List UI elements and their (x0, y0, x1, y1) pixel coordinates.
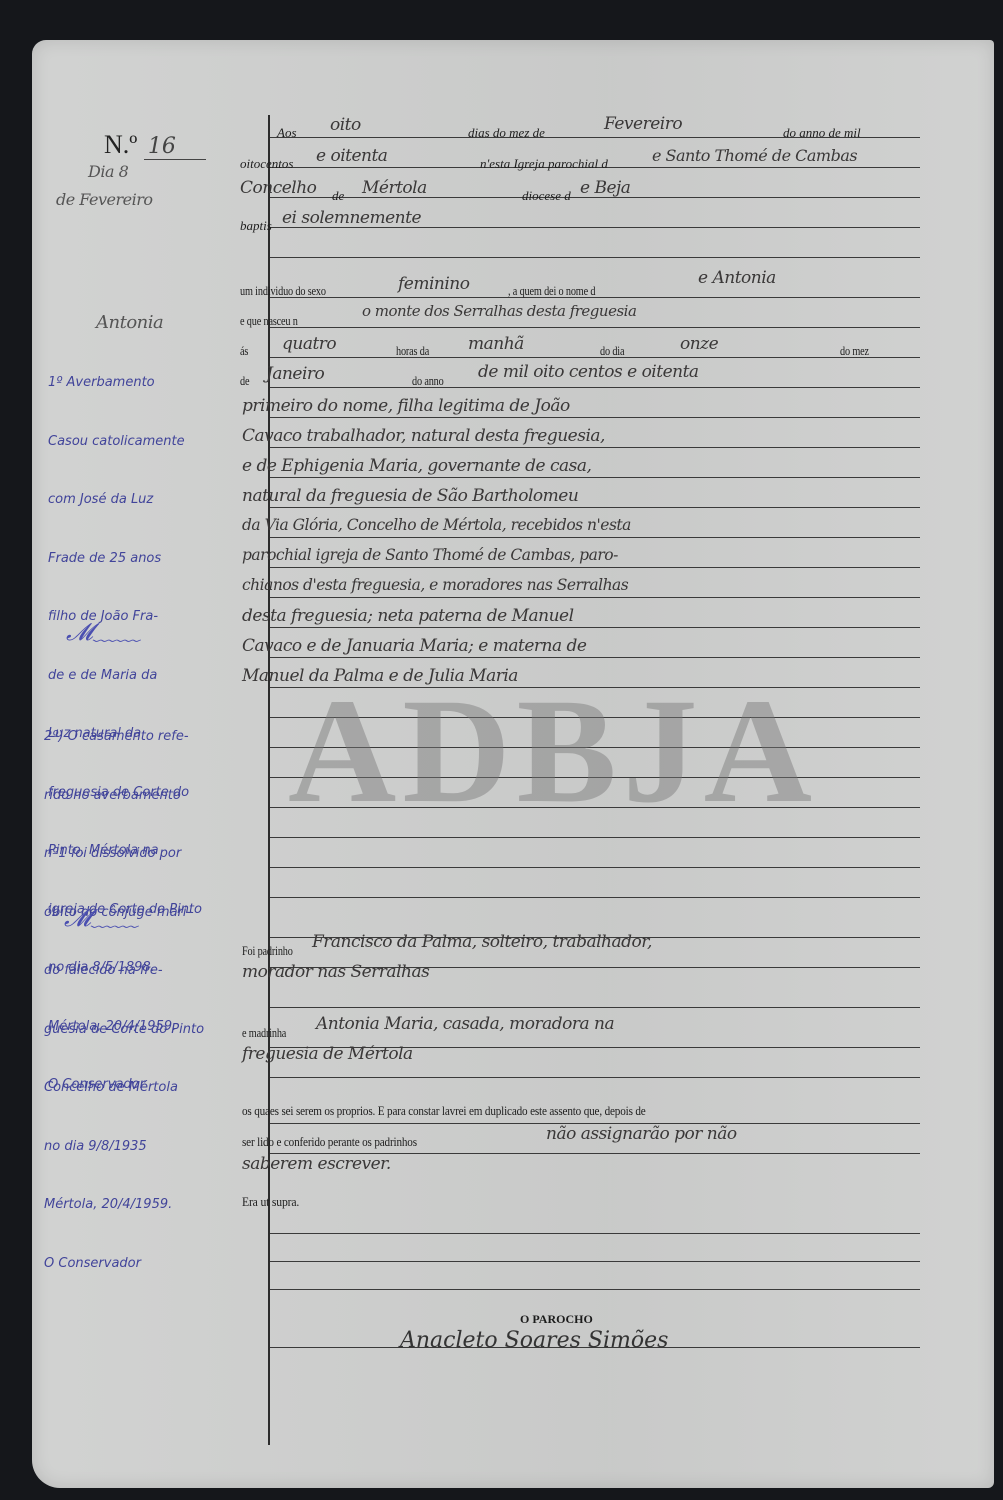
label-foi-padrinho: Foi padrinho (242, 944, 293, 959)
filiacao-line: primeiro do nome, filha legitima de João (242, 396, 570, 416)
label-aos: Aos (277, 125, 297, 141)
rule-line (270, 1261, 920, 1262)
field-ano-nascimento: de mil oito centos e oitenta (478, 362, 699, 382)
field-horas: quatro (282, 334, 336, 354)
rule-line (270, 507, 920, 508)
annotation-line: rido no averbamento (44, 786, 204, 806)
field-assinatura-padrinhos: não assignarão por não (546, 1124, 737, 1144)
entry-number-value: 16 (144, 134, 206, 160)
label-dias-do-mez: dias do mez de (468, 125, 545, 141)
annotation-line: de e de Maria da (48, 666, 202, 686)
label-do-anno-de-mil: do anno de mil (783, 125, 861, 141)
filiacao-line: parochial igreja de Santo Thomé de Camba… (242, 546, 618, 564)
field-concelho: Concelho (240, 178, 316, 198)
rule-line (270, 387, 920, 388)
label-horas-da: horas da (396, 344, 429, 359)
rule-line (270, 417, 920, 418)
watermark: ADBJA (288, 665, 818, 837)
margin-name: Antonia (96, 312, 163, 333)
annotation-line: do falecido na fre- (44, 961, 204, 981)
label-do-anno: do anno (412, 374, 444, 389)
rule-line (270, 657, 920, 658)
field-madrinha: Antonia Maria, casada, moradora na (316, 1014, 614, 1034)
annotation-line: no dia 9/8/1935 (44, 1137, 204, 1157)
label-igreja-parochial: n'esta Igreja parochial d (480, 156, 608, 172)
label-a-quem: , a quem dei o nome d (508, 284, 595, 299)
entry-number: N.º 16 (104, 130, 206, 160)
annotation-line: com José da Luz (48, 490, 202, 510)
field-madrinha-cont: freguesia de Mértola (242, 1044, 413, 1064)
filiacao-line: Manuel da Palma e de Julia Maria (242, 666, 518, 686)
rule-line (270, 897, 920, 898)
label-e-madrinha: e madrinha (242, 1026, 286, 1041)
margin-date-day: Dia 8 (88, 162, 128, 181)
rule-line (270, 327, 920, 328)
filiacao-line: e de Ephigenia Maria, governante de casa… (242, 456, 591, 476)
label-de: de (332, 188, 344, 204)
rule-line (270, 1233, 920, 1234)
annotation-line: 1º Averbamento (48, 373, 202, 393)
rule-line (270, 477, 920, 478)
filiacao-line: chianos d'esta freguesia, e moradores na… (242, 576, 628, 594)
closing-text-2: ser lido e conferido perante os padrinho… (242, 1134, 417, 1150)
annotation-line: O Conservador (44, 1254, 204, 1274)
label-que-nasceu: e que nasceu n (240, 314, 298, 329)
rule-line (270, 257, 920, 258)
filiacao-line: Cavaco e de Januaria Maria; e materna de (242, 636, 586, 656)
rule-line (270, 1077, 920, 1078)
margin-annotation-2: 2º) O casamento refe- rido no averbament… (44, 688, 204, 1293)
field-mes-nascimento: Janeiro (266, 364, 324, 384)
annotation-line: nº1 foi dissolvido por (44, 844, 204, 864)
rule-line (270, 837, 920, 838)
entry-number-label: N.º (104, 130, 137, 159)
annotation-line: guesia de Corte do Pinto (44, 1020, 204, 1040)
label-as: ás (240, 344, 248, 359)
rule-line (270, 447, 920, 448)
filiacao-line: desta freguesia; neta paterna de Manuel (242, 606, 574, 626)
filiacao-line: natural da freguesia de São Bartholomeu (242, 486, 578, 506)
field-assinatura-padrinhos-cont: saberem escrever. (242, 1154, 391, 1174)
label-baptis: baptis (240, 218, 272, 234)
label-oitocentos: oitocentos (240, 156, 293, 172)
rule-line (270, 1007, 920, 1008)
closing-text-1: os quaes sei serem os proprios. E para c… (242, 1103, 646, 1119)
era-ut-supra: Era ut supra. (242, 1194, 299, 1210)
field-baptis: ei solemnemente (282, 208, 421, 228)
field-concelho-nome: Mértola (362, 178, 427, 198)
label-diocese: diocese d (522, 188, 571, 204)
label-do-dia: do dia (600, 344, 624, 359)
field-sexo: feminino (398, 274, 469, 294)
filiacao-line: da Via Glória, Concelho de Mértola, rece… (242, 516, 631, 534)
rule-line (270, 597, 920, 598)
rule-line (270, 567, 920, 568)
conservador-signature-2: 𝓜﹏﹏ (64, 898, 139, 933)
rule-line (270, 537, 920, 538)
label-individuo: um individuo do sexo (240, 284, 326, 299)
rule-line (270, 357, 920, 358)
annotation-line: Casou catolicamente (48, 432, 202, 452)
annotation-line: Mértola, 20/4/1959. (44, 1195, 204, 1215)
field-day: oito (330, 115, 361, 135)
margin-date-month: de Fevereiro (56, 190, 153, 209)
annotation-line: 2º) O casamento refe- (44, 727, 204, 747)
conservador-signature-1: 𝓜﹏﹏ (66, 612, 141, 647)
field-padrinho-cont: morador nas Serralhas (242, 962, 429, 982)
field-dia-nascimento: onze (680, 334, 718, 354)
annotation-line: Concelho de Mértola (44, 1078, 204, 1098)
rule-line (270, 1289, 920, 1290)
field-local-nascimento: o monte dos Serralhas desta freguesia (362, 302, 636, 320)
field-parish: e Santo Thomé de Cambas (652, 146, 857, 165)
label-de-2: de (240, 374, 249, 389)
rule-line (270, 627, 920, 628)
parocho-signature: Anacleto Soares Simões (400, 1328, 668, 1353)
label-do-mez: do mez (840, 344, 869, 359)
o-parocho-label: O PAROCHO (520, 1312, 593, 1327)
rule-line (270, 867, 920, 868)
field-year: e oitenta (316, 146, 387, 166)
field-diocese: e Beja (580, 178, 630, 198)
field-month: Fevereiro (604, 114, 682, 134)
field-padrinho: Francisco da Palma, solteiro, trabalhado… (312, 932, 652, 952)
field-nome: e Antonia (698, 268, 776, 288)
filiacao-line: Cavaco trabalhador, natural desta fregue… (242, 426, 605, 446)
field-periodo: manhã (468, 334, 524, 354)
annotation-line: Frade de 25 anos (48, 549, 202, 569)
